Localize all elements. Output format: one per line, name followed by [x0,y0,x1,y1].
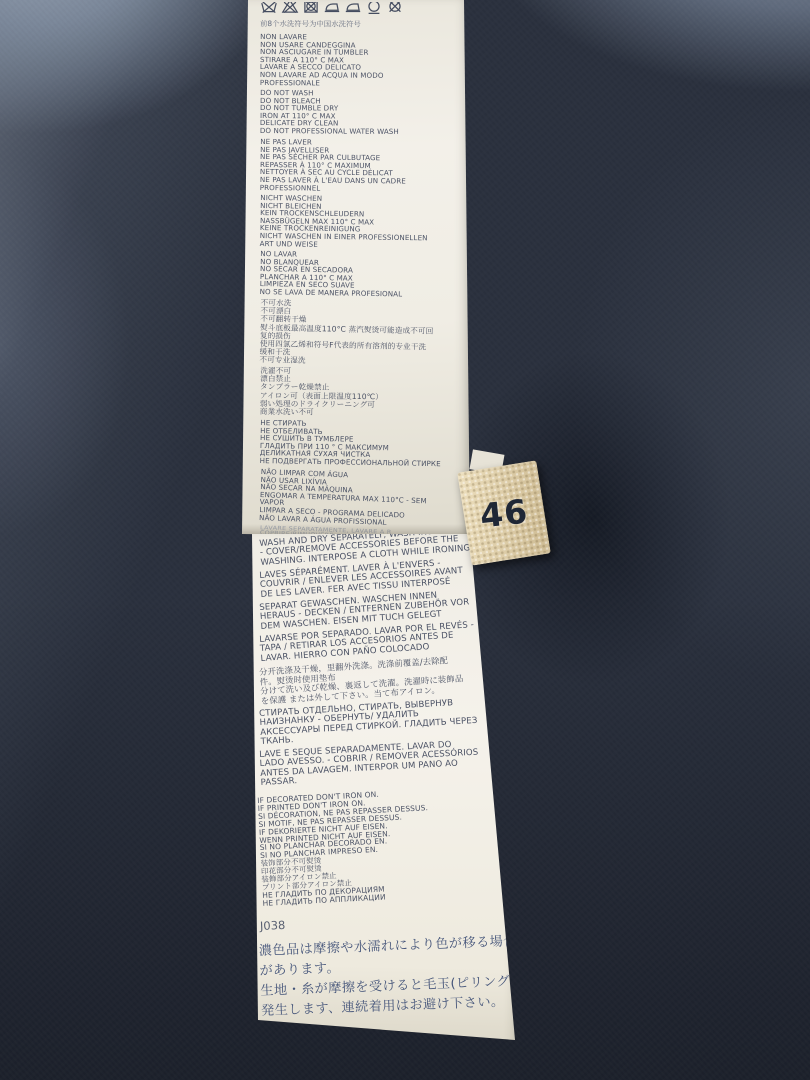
care-symbols-row [260,2,470,15]
care-text-block-portuguese: NÃO LIMPAR COM ÁGUANÃO USAR LIXÍVIANÃO S… [259,468,471,529]
care-text-block-chinese: 不可水洗不可漂白不可翻转干燥熨斗底板最高温度110°C 蒸汽熨烫可能造成不可回复… [259,299,470,369]
delicate-dry-clean-icon [365,2,383,15]
iron-icon [344,2,362,15]
care-label-bottom-segment: WASH AND DRY SEPARATELY, WASH INSIDE OUT… [244,534,520,1046]
care-label-top-segment: 前8个水洗符号为中国水洗符号 NON LAVARENON USARE CANDE… [242,0,470,536]
no-wet-clean-icon [386,2,404,15]
care-text-block-english: DO NOT WASHDO NOT BLEACHDO NOT TUMBLE DR… [260,89,470,136]
iron-110-icon [323,2,341,15]
wash-text-block-portuguese: LAVE E SEQUE SEPARADAMENTE. LAVAR DOLADO… [259,738,521,789]
care-text-block-german: NICHT WASCHENNICHT BLEICHENKEIN TROCKENS… [260,194,471,250]
no-tumble-dry-icon [302,2,320,15]
care-text-block-japanese: 洗濯不可漂白禁止タンブラー乾燥禁止アイロン可（表面上限温度110℃）弱い処理のド… [260,367,471,418]
size-tab: 46 [457,460,551,565]
care-text-block-italian: NON LAVARENON USARE CANDEGGINANON ASCIUG… [260,33,470,88]
care-text-block-russian: НЕ СТИРАТЬНЕ ОТБЕЛИВАТЬНЕ СУШИТЬ В ТУМБЛ… [260,419,471,468]
care-text-block-french: NE PAS LAVERNE PAS JAVELLISERNE PAS SÉCH… [260,138,471,193]
no-bleach-icon [281,2,299,15]
japanese-care-note: 濃色品は摩擦や水濡れにより色が移る場合があります。生地・糸が摩擦を受けると毛玉(… [258,932,521,1022]
iron-warnings-block: IF DECORATED DON'T IRON ON.IF PRINTED DO… [257,784,522,908]
garment-photo: 前8个水洗符号为中国水洗符号 NON LAVARENON USARE CANDE… [0,0,810,1080]
article-code: J038 [260,908,520,933]
care-text-block-spanish: NO LAVARNO BLANQUEARNO SECAR EN SECADORA… [260,250,471,299]
no-wash-icon [260,2,278,15]
size-tab-value: 46 [478,491,530,535]
symbols-note: 前8个水洗符号为中国水洗符号 [260,18,470,30]
